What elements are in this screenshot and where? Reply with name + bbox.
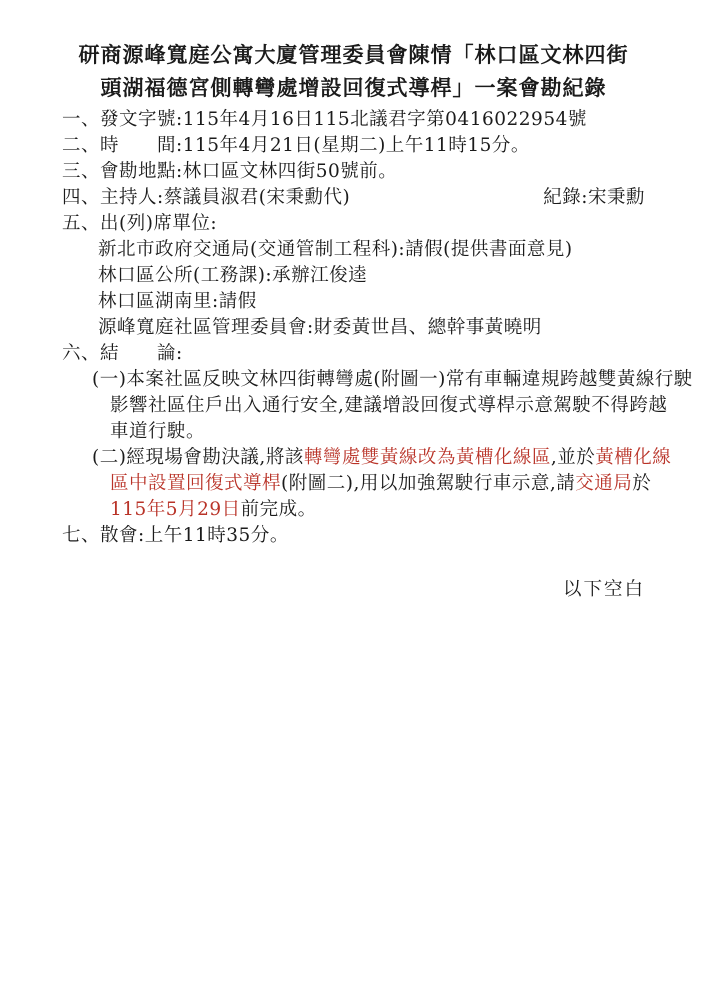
text-run: 三、會勘地點:林口區文林四街50號前。	[62, 161, 397, 182]
document-line: 林口區公所(工務課):承辦江俊逵	[98, 263, 645, 289]
document-line: 六、結 論:	[62, 341, 645, 367]
text-run: 二、時 間:115年4月21日(星期二)上午11時15分。	[62, 135, 530, 156]
text-run: 林口區湖南里:請假	[98, 291, 257, 312]
line-right-text: 紀錄:宋秉勳	[543, 185, 645, 211]
document-line: 林口區湖南里:請假	[98, 289, 645, 315]
text-run: 六、結 論:	[62, 343, 183, 364]
highlighted-text: 黃槽化線	[595, 447, 671, 468]
document-line: 新北市政府交通局(交通管制工程科):請假(提供書面意見)	[98, 237, 645, 263]
text-run: 於	[632, 473, 651, 494]
text-run: 影響社區住戶出入通行安全,建議增設回復式導桿示意駕駛不得跨越	[110, 395, 667, 416]
text-run: 七、散會:上午11時35分。	[62, 525, 289, 546]
document-line: 115年5月29日前完成。	[110, 497, 645, 523]
text-run: 一、發文字號:115年4月16日115北議君字第0416022954號	[62, 109, 587, 130]
document-line: 二、時 間:115年4月21日(星期二)上午11時15分。	[62, 133, 645, 159]
document-line: (二)經現場會勘決議,將該轉彎處雙黃線改為黃槽化線區,並於黃槽化線	[92, 445, 645, 471]
document-line: 源峰寬庭社區管理委員會:財委黃世昌、總幹事黃曉明	[98, 315, 645, 341]
text-run: 車道行駛。	[110, 421, 205, 442]
document-title: 研商源峰寬庭公寓大廈管理委員會陳情「林口區文林四街 頭湖福德宮側轉彎處增設回復式…	[62, 38, 645, 104]
text-run: (附圖二),用以加強駕駛行車示意,請	[281, 473, 575, 494]
text-run: 新北市政府交通局(交通管制工程科):請假(提供書面意見)	[98, 239, 573, 260]
document-line: 三、會勘地點:林口區文林四街50號前。	[62, 159, 645, 185]
document-line: 一、發文字號:115年4月16日115北議君字第0416022954號	[62, 107, 645, 133]
highlighted-text: 轉彎處雙黃線改為黃槽化線區	[304, 447, 551, 468]
document-title-line-2: 頭湖福德宮側轉彎處增設回復式導桿」一案會勘紀錄	[62, 71, 645, 104]
page: 研商源峰寬庭公寓大廈管理委員會陳情「林口區文林四街 頭湖福德宮側轉彎處增設回復式…	[0, 0, 707, 1000]
document-line: 四、主持人:蔡議員淑君(宋秉勳代)紀錄:宋秉勳	[62, 185, 645, 211]
highlighted-text: 交通局	[575, 473, 632, 494]
text-run: (一)本案社區反映文林四街轉彎處(附圖一)常有車輛違規跨越雙黃線行駛	[92, 369, 693, 390]
line-left-text: 四、主持人:蔡議員淑君(宋秉勳代)	[62, 185, 350, 211]
text-run: 源峰寬庭社區管理委員會:財委黃世昌、總幹事黃曉明	[98, 317, 542, 338]
document-body: 一、發文字號:115年4月16日115北議君字第0416022954號二、時 間…	[62, 107, 645, 549]
document-line: 七、散會:上午11時35分。	[62, 523, 645, 549]
text-run: ,並於	[551, 447, 595, 468]
document-line: (一)本案社區反映文林四街轉彎處(附圖一)常有車輛違規跨越雙黃線行駛	[92, 367, 645, 393]
footer-note: 以下空白	[62, 577, 645, 603]
text-run: (二)經現場會勘決議,將該	[92, 447, 304, 468]
text-run: 前完成。	[241, 499, 317, 520]
document-line: 車道行駛。	[110, 419, 645, 445]
text-run: 林口區公所(工務課):承辦江俊逵	[98, 265, 367, 286]
document-title-line-1: 研商源峰寬庭公寓大廈管理委員會陳情「林口區文林四街	[62, 38, 645, 71]
highlighted-text: 115年5月29日	[110, 499, 241, 520]
document-line: 區中設置回復式導桿(附圖二),用以加強駕駛行車示意,請交通局於	[110, 471, 645, 497]
document-line: 五、出(列)席單位:	[62, 211, 645, 237]
document-line: 影響社區住戶出入通行安全,建議增設回復式導桿示意駕駛不得跨越	[110, 393, 645, 419]
highlighted-text: 區中設置回復式導桿	[110, 473, 281, 494]
text-run: 五、出(列)席單位:	[62, 213, 217, 234]
